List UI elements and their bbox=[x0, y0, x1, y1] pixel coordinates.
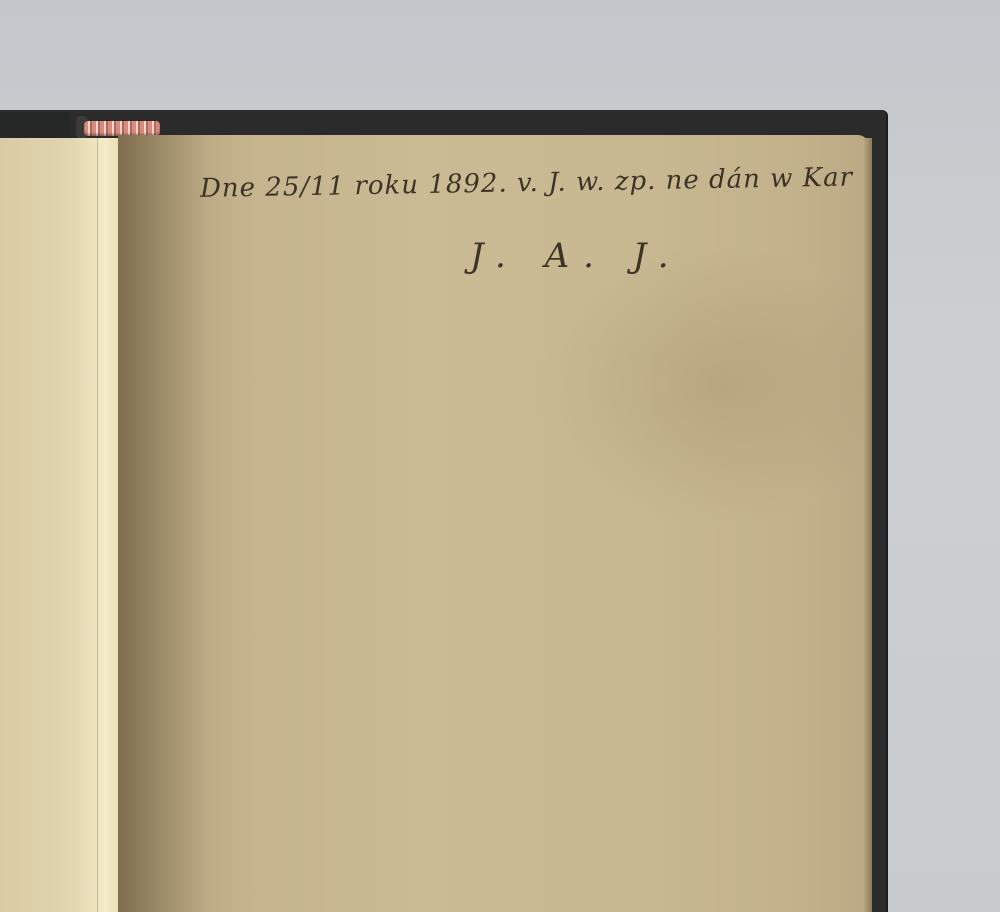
left-page-strip bbox=[0, 138, 120, 912]
book-cover-left-edge bbox=[0, 112, 70, 138]
handwritten-initials: J. A. J. bbox=[470, 236, 683, 276]
page-fold-line bbox=[97, 138, 98, 912]
page-edge bbox=[864, 138, 872, 912]
gutter-shadow bbox=[118, 135, 208, 912]
book-headband bbox=[84, 121, 160, 136]
